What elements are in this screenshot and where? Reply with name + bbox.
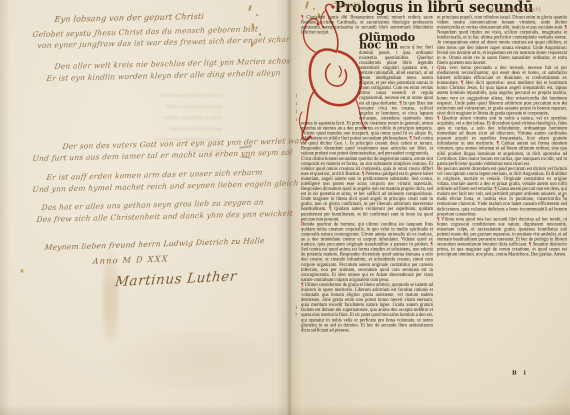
bleed-line: distinctio prima de creatione bbox=[154, 103, 222, 110]
bleed-line: secundum librum sententiarum bbox=[154, 92, 222, 99]
bleed-line: rerum et operibus sex dierum bbox=[154, 114, 222, 121]
text-column-2: ut principes populi, cum tribubus israel… bbox=[437, 15, 567, 377]
paper-stain-dot bbox=[20, 269, 24, 273]
body-paragraph: Deinde queritur de homine, qui ultimo co… bbox=[301, 222, 433, 283]
page-edge-bottom bbox=[0, 404, 570, 415]
margin-mark: 1 bbox=[562, 100, 564, 105]
body-paragraph: Circa distinctionem secundam queritur de… bbox=[301, 156, 433, 222]
paper-stain bbox=[103, 250, 118, 344]
body-paragraph: ut principes populi, cum tribubus israel… bbox=[437, 15, 567, 65]
margin-mark: ¶ bbox=[562, 194, 564, 199]
body-paragraph: Quia vero homo peccando a deo recessit, … bbox=[437, 65, 567, 115]
body-paragraph: ¶ Ultimo consideratur de gratia et liber… bbox=[301, 282, 433, 332]
bleed-line: deo gratias amen bbox=[154, 147, 222, 154]
margin-mark: 1 bbox=[295, 101, 297, 106]
initial-reserved-space bbox=[301, 35, 359, 119]
open-book-photo: Eyn lobsang von der gepurt Christi Gelob… bbox=[0, 0, 570, 415]
margin-mark: 1 bbox=[295, 305, 297, 310]
ink-spot bbox=[256, 14, 258, 16]
paper-stain-blot bbox=[120, 330, 270, 390]
body-paragraph: ¶ Vltimo nota quod tota hec secundi libr… bbox=[437, 217, 567, 257]
margin-mark: 1 bbox=[295, 117, 297, 122]
ink-spot bbox=[259, 33, 261, 36]
margin-mark: 1 bbox=[295, 109, 297, 114]
margin-mark: 1 bbox=[295, 93, 297, 98]
corner-shadow bbox=[520, 360, 570, 415]
body-paragraph: ¶ Queritur utrum virtutes sint in nobis … bbox=[437, 116, 567, 166]
text-column-1: ¶ Clarissimi patris dñi Bonauenture exim… bbox=[301, 15, 433, 377]
body-paragraph: De peccato autem dicendum est quod pecca… bbox=[437, 166, 567, 216]
margin-mark: 7 bbox=[295, 312, 297, 317]
bleed-line: omnium visibilium et invisibilium bbox=[154, 136, 222, 143]
opening-block: Olũmodo hoc in necio q̃ hoc fieri dominũ… bbox=[301, 35, 433, 156]
bleed-line: quod unum est principium bbox=[154, 125, 222, 132]
page-edge-left bbox=[0, 0, 10, 415]
bleedthrough-text: secundum librum sententiarum distinctio … bbox=[112, 92, 222, 144]
